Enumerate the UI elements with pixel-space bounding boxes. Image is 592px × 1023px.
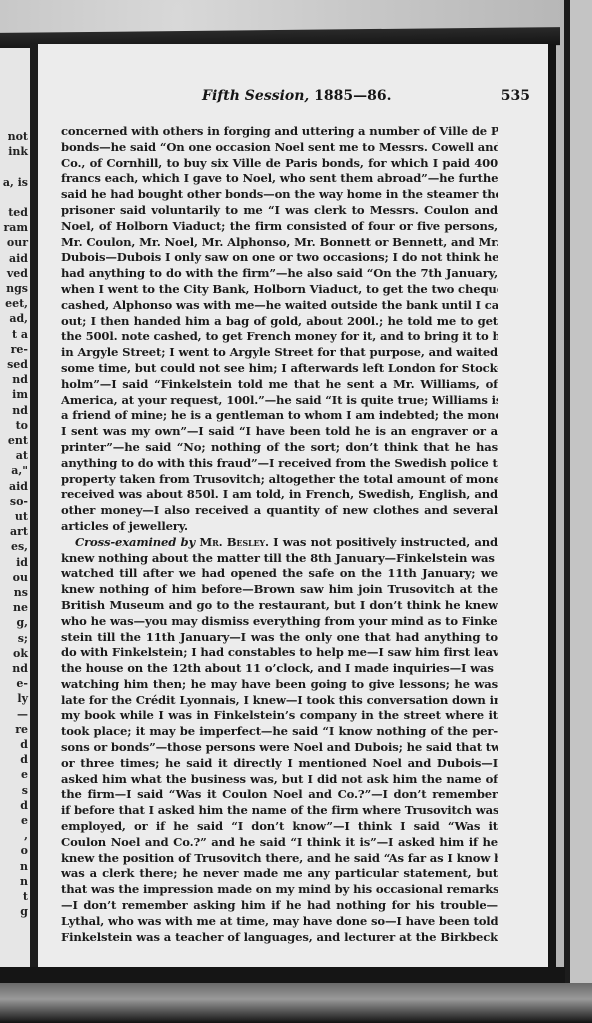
previous-page-fragment: ns: [14, 586, 28, 600]
previous-page-fragment: aid: [9, 252, 28, 266]
text-line: holm”—I said “Finkelstein told me that h…: [61, 377, 498, 393]
previous-page-fragment: a, is: [3, 176, 28, 190]
previous-page-fragment: t a: [12, 328, 28, 342]
previous-page-fragment: ram: [3, 221, 28, 235]
previous-page-fragment: ne: [13, 601, 28, 615]
previous-page-fragment: d: [20, 799, 28, 813]
previous-page-fragment: t: [23, 890, 28, 904]
previous-page-fragment: sed: [7, 358, 28, 372]
previous-page-fragment: —: [17, 708, 28, 722]
previous-page-fragment: im: [12, 388, 28, 402]
text-line: property taken from Trusovitch; altogeth…: [61, 472, 498, 488]
text-line: or three times; he said it directly I me…: [61, 756, 498, 772]
previous-page-fragment: ok: [13, 647, 28, 661]
text-line: —I don’t remember asking him if he had n…: [61, 898, 498, 914]
previous-page-fragment: so-: [10, 495, 28, 509]
text-line: printer”—he said “No; nothing of the sor…: [61, 440, 498, 456]
text-line: was a clerk there; he never made me any …: [61, 866, 498, 882]
running-title-session: Fifth Session,: [202, 88, 309, 104]
text-line: articles of jewellery.: [61, 519, 498, 535]
previous-page-fragment: es,: [11, 540, 28, 554]
text-line: watching him then; he may have been goin…: [61, 677, 498, 693]
text-line: Cross-examined by Mr. Besley. I was not …: [61, 535, 498, 551]
text-line: prisoner said voluntarily to me “I was c…: [61, 203, 498, 219]
text-line: francs each, which I gave to Noel, who s…: [61, 171, 498, 187]
text-line: had anything to do with the firm”—he als…: [61, 266, 498, 282]
previous-page-fragment: at: [16, 449, 28, 463]
previous-page-fragment: ngs: [6, 282, 28, 296]
text-line: my book while I was in Finkelstein’s com…: [61, 708, 498, 724]
text-line: the 500l. note cashed, to get French mon…: [61, 329, 498, 345]
page-number: 535: [501, 88, 530, 104]
previous-page-fragment: n: [20, 860, 28, 874]
previous-page-fragment: our: [7, 236, 28, 250]
previous-page-fragment: re-: [11, 343, 28, 357]
previous-page-fragment: n: [20, 875, 28, 889]
text-line: if before that I asked him the name of t…: [61, 803, 498, 819]
text-line: the firm—I said “Was it Coulon Noel and …: [61, 787, 498, 803]
text-line: Lythal, who was with me at time, may hav…: [61, 914, 498, 930]
text-line: asked him what the business was, but I d…: [61, 772, 498, 788]
text-line: Coulon Noel and Co.?” and he said “I thi…: [61, 835, 498, 851]
text-line: knew nothing about the matter till the 8…: [61, 551, 498, 567]
text-line: cashed, Alphonso was with me—he waited o…: [61, 298, 498, 314]
previous-page-fragment: to: [16, 419, 28, 433]
previous-page-fragment: a,": [11, 464, 28, 478]
previous-page-fragment: ,: [24, 829, 28, 843]
previous-page-fragment: o: [21, 844, 28, 858]
text-line: Noel, of Holborn Viaduct; the firm consi…: [61, 219, 498, 235]
previous-page-fragment: nd: [12, 662, 28, 676]
text-line: I sent was my own”—I said “I have been t…: [61, 424, 498, 440]
running-title: Fifth Session, 1885—86.: [202, 88, 392, 104]
text-line: said he had bought other bonds—on the wa…: [61, 187, 498, 203]
text-line: Mr. Coulon, Mr. Noel, Mr. Alphonso, Mr. …: [61, 235, 498, 251]
text-line: a friend of mine; he is a gentleman to w…: [61, 408, 498, 424]
text-line: Finkelstein was a teacher of languages, …: [61, 930, 498, 946]
previous-page-fragment: e: [21, 768, 28, 782]
previous-page-fragment: e-: [16, 677, 28, 691]
text-line: who he was—you may dismiss everything fr…: [61, 614, 498, 630]
text-line: anything to do with this fraud”—I receiv…: [61, 456, 498, 472]
text-line: late for the Crédit Lyonnais, I knew—I t…: [61, 693, 498, 709]
text-line: out; I then handed him a bag of gold, ab…: [61, 314, 498, 330]
scan-bottom-shadow: [0, 983, 592, 1023]
book-edge-right: [564, 0, 592, 1023]
text-line: sons or bonds”—those persons were Noel a…: [61, 740, 498, 756]
previous-page-fragment: s;: [18, 632, 28, 646]
text-line: concerned with others in forging and utt…: [61, 124, 498, 140]
previous-page-fragment: d: [20, 738, 28, 752]
previous-page-fragment: eet,: [5, 297, 28, 311]
text-line: British Museum and go to the restaurant,…: [61, 598, 498, 614]
text-line: when I went to the City Bank, Holborn Vi…: [61, 282, 498, 298]
text-line: that was the impression made on my mind …: [61, 882, 498, 898]
text-line: knew nothing of him before—Brown saw him…: [61, 582, 498, 598]
previous-page-fragment: e: [21, 814, 28, 828]
text-line: the house on the 12th about 11 o’clock, …: [61, 661, 498, 677]
text-line: in Argyle Street; I went to Argyle Stree…: [61, 345, 498, 361]
text-line: watched till after we had opened the saf…: [61, 566, 498, 582]
previous-page-fragment: id: [16, 556, 28, 570]
text-line: employed, or if he said “I don’t know”—I…: [61, 819, 498, 835]
previous-page-fragment: ly: [17, 692, 28, 706]
text-line: other money—I also received a quantity o…: [61, 503, 498, 519]
text-line: Co., of Cornhill, to buy six Ville de Pa…: [61, 156, 498, 172]
previous-page-fragment: ent: [8, 434, 28, 448]
previous-page-fragment: ou: [13, 571, 28, 585]
text-line: bonds—he said “On one occasion Noel sent…: [61, 140, 498, 156]
page: Fifth Session, 1885—86. 535 concerned wi…: [38, 44, 556, 967]
text-line: took place; it may be imperfect—he said …: [61, 724, 498, 740]
previous-page-fragment: d: [20, 753, 28, 767]
running-title-years: 1885—86.: [309, 88, 391, 104]
previous-page-fragment: ted: [8, 206, 28, 220]
running-head: Fifth Session, 1885—86. 535: [38, 88, 548, 106]
previous-page-fragment: ut: [15, 510, 28, 524]
previous-page-fragment: g,: [16, 616, 28, 630]
cross-examined-label: Cross-examined by: [75, 535, 195, 549]
counsel-name: Mr. Besley.: [199, 535, 268, 549]
text-line: stein till the 11th January—I was the on…: [61, 630, 498, 646]
previous-page-fragment: nd: [12, 404, 28, 418]
previous-page-fragment: g: [20, 905, 28, 919]
previous-page-fragment: art: [10, 525, 28, 539]
previous-page-fragment: nd: [12, 373, 28, 387]
previous-page-fragment: s: [22, 784, 28, 798]
previous-page-fragment: ink: [8, 145, 28, 159]
cross-first-line-text: I was not positively instructed, and: [269, 535, 498, 549]
book-gutter: [30, 44, 38, 968]
text-line: some time, but could not see him; I afte…: [61, 361, 498, 377]
previous-page-sliver: notinka, istedramouraidvedngseet,ad,t ar…: [0, 48, 30, 968]
text-line: America, at your request, 100l.”—he said…: [61, 393, 498, 409]
book-frame-bottom: [0, 967, 565, 983]
previous-page-fragment: aid: [9, 480, 28, 494]
text-line: knew the position of Trusovitch there, a…: [61, 851, 498, 867]
previous-page-fragment: ved: [7, 267, 28, 281]
text-line: Dubois—Dubois I only saw on one or two o…: [61, 250, 498, 266]
previous-page-fragment: ad,: [9, 312, 28, 326]
previous-page-fragment: re: [15, 723, 28, 737]
body-text: concerned with others in forging and utt…: [61, 124, 498, 945]
text-line: do with Finkelstein; I had constables to…: [61, 645, 498, 661]
text-line: received was about 850l. I am told, in F…: [61, 487, 498, 503]
previous-page-fragment: not: [8, 130, 28, 144]
